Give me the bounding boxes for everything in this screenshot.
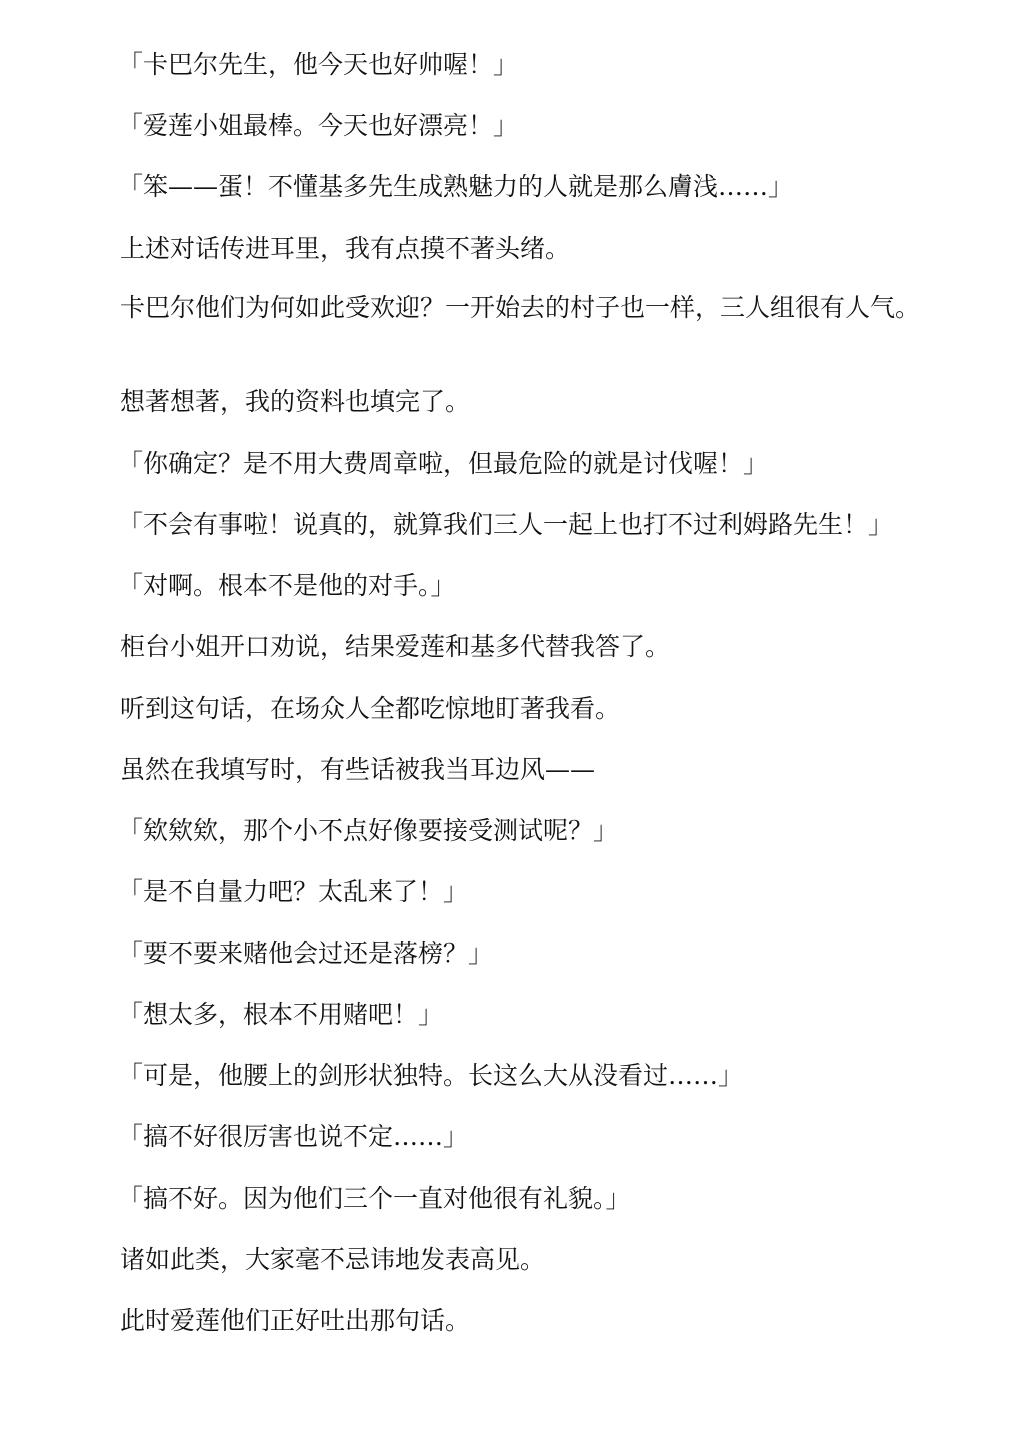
- paragraph-dialogue: 「对啊。根本不是他的对手。」: [64, 567, 944, 605]
- paragraph-dialogue: 「爱莲小姐最棒。今天也好漂亮！」: [64, 107, 944, 145]
- paragraph-dialogue: 「欸欸欸，那个小不点好像要接受测试呢？」: [64, 812, 944, 850]
- paragraph-dialogue: 「搞不好。因为他们三个一直对他很有礼貌。」: [64, 1180, 944, 1218]
- paragraph-narration: 想著想著，我的资料也填完了。: [64, 383, 944, 421]
- paragraph-narration: 卡巴尔他们为何如此受欢迎？一开始去的村子也一样，三人组很有人气。: [64, 291, 944, 325]
- paragraph-dialogue: 「搞不好很厉害也说不定……」: [64, 1118, 944, 1156]
- paragraph-narration: 上述对话传进耳里，我有点摸不著头绪。: [64, 230, 944, 268]
- paragraph-narration: 此时爱莲他们正好吐出那句话。: [64, 1302, 944, 1340]
- paragraph-dialogue: 「要不要来赌他会过还是落榜？」: [64, 935, 944, 973]
- paragraph-narration: 柜台小姐开口劝说，结果爱莲和基多代替我答了。: [64, 628, 944, 666]
- paragraph-dialogue: 「笨——蛋！不懂基多先生成熟魅力的人就是那么膚浅……」: [64, 168, 944, 206]
- paragraph-dialogue: 「是不自量力吧？太乱来了！」: [64, 873, 944, 911]
- paragraph-narration: 虽然在我填写时，有些话被我当耳边风——: [64, 751, 944, 789]
- document-page: 「卡巴尔先生，他今天也好帅喔！」 「爱莲小姐最棒。今天也好漂亮！」 「笨——蛋！…: [0, 0, 1017, 1437]
- paragraph-dialogue: 「想太多，根本不用赌吧！」: [64, 996, 944, 1034]
- paragraph-narration: 诸如此类，大家毫不忌讳地发表高见。: [64, 1241, 944, 1279]
- paragraph-narration: 听到这句话，在场众人全都吃惊地盯著我看。: [64, 690, 944, 728]
- paragraph-dialogue: 「可是，他腰上的剑形状独特。长这么大从没看过……」: [64, 1057, 944, 1095]
- paragraph-dialogue: 「不会有事啦！说真的，就算我们三人一起上也打不过利姆路先生！」: [64, 506, 944, 544]
- paragraph-dialogue: 「你确定？是不用大费周章啦，但最危险的就是讨伐喔！」: [64, 445, 944, 483]
- paragraph-dialogue: 「卡巴尔先生，他今天也好帅喔！」: [64, 46, 944, 84]
